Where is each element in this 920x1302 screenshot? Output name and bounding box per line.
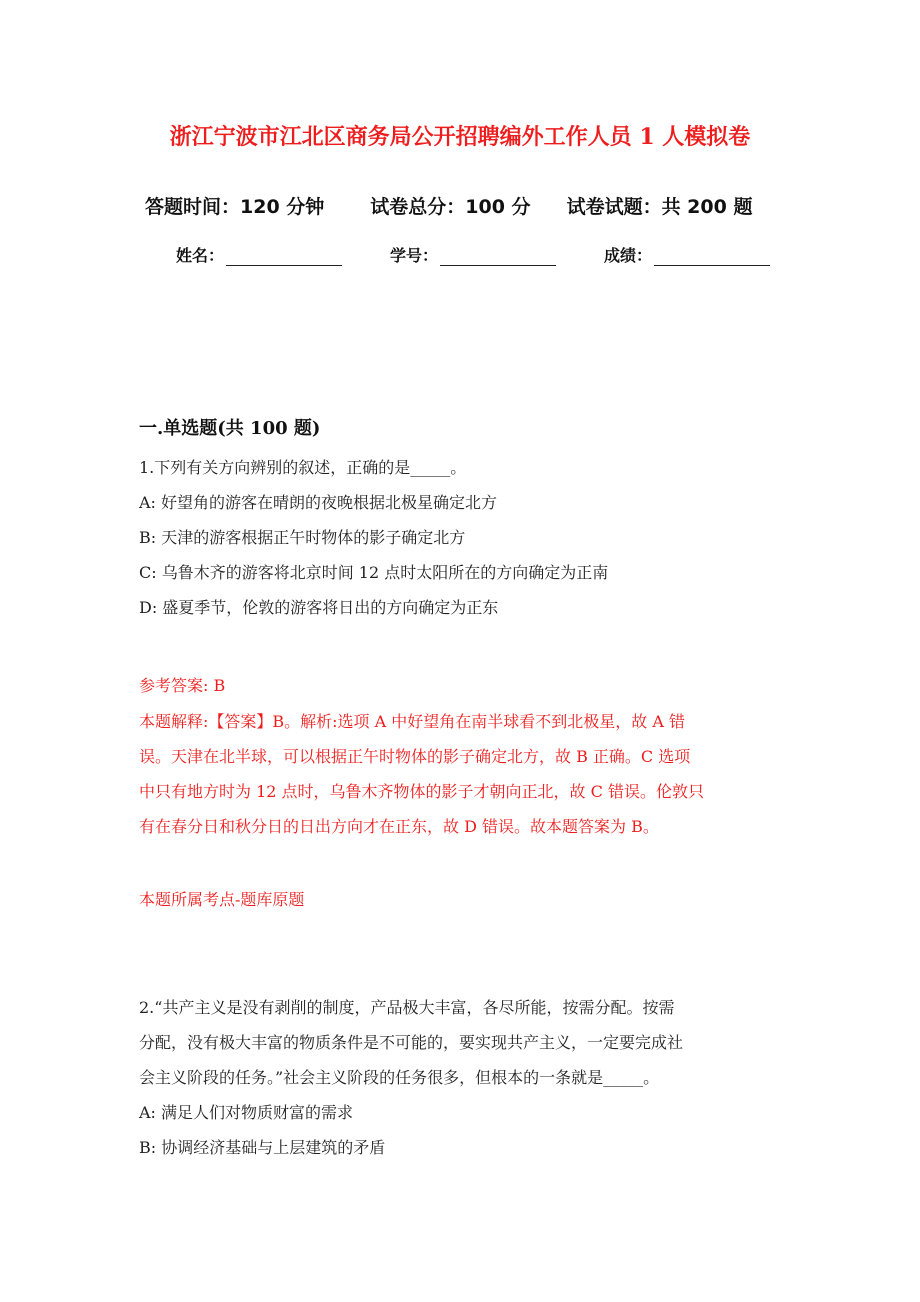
exam-meta: 答题时间：120 分钟 试卷总分：100 分 试卷试题：共 200 题 [145,192,785,219]
student-info: 姓名： 学号： 成绩： [176,243,796,266]
explanation-1: 本题解释:【答案】B。解析:选项 A 中好望角在南半球看不到北极星，故 A 错 … [139,704,789,844]
question-stem: 会主义阶段的任务。”社会主义阶段的任务很多，但根本的一条就是_____。 [139,1060,789,1095]
question-2: 2.“共产主义是没有剥削的制度，产品极大丰富，各尽所能，按需分配。按需 分配，没… [139,990,789,1165]
id-label: 学号： [390,243,438,266]
score-blank [654,249,770,266]
option-c: C: 乌鲁木齐的游客将北京时间 12 点时太阳所在的方向确定为正南 [139,555,789,590]
score-field: 成绩： [604,243,770,266]
option-a: A: 满足人们对物质财富的需求 [139,1095,789,1130]
question-1: 1.下列有关方向辨别的叙述，正确的是_____。 A: 好望角的游客在晴朗的夜晚… [139,450,789,625]
answer-1: 参考答案: B [139,668,789,703]
exam-time: 答题时间：120 分钟 [145,192,324,219]
option-d: D: 盛夏季节，伦敦的游客将日出的方向确定为正东 [139,590,789,625]
explanation-line: 中只有地方时为 12 点时，乌鲁木齐物体的影子才朝向正北，故 C 错误。伦敦只 [139,774,789,809]
section-heading: 一.单选题(共 100 题) [139,414,320,440]
id-field: 学号： [390,243,556,266]
score-label: 成绩： [604,243,652,266]
knowledge-point: 本题所属考点-题库原题 [139,882,789,917]
name-label: 姓名： [176,243,224,266]
option-b: B: 天津的游客根据正午时物体的影子确定北方 [139,520,789,555]
name-blank [226,249,342,266]
explanation-line: 有在春分日和秋分日的日出方向才在正东，故 D 错误。故本题答案为 B。 [139,809,789,844]
exam-title: 浙江宁波市江北区商务局公开招聘编外工作人员 1 人模拟卷 [0,120,920,151]
option-b: B: 协调经济基础与上层建筑的矛盾 [139,1130,789,1165]
reference-answer: 参考答案: B [139,668,789,703]
question-stem: 分配，没有极大丰富的物质条件是不可能的，要实现共产主义，一定要完成社 [139,1025,789,1060]
option-a: A: 好望角的游客在晴朗的夜晚根据北极星确定北方 [139,485,789,520]
name-field: 姓名： [176,243,342,266]
explanation-line: 误。天津在北半球，可以根据正午时物体的影子确定北方，故 B 正确。C 选项 [139,739,789,774]
knowledge-point-1: 本题所属考点-题库原题 [139,882,789,917]
exam-page: 浙江宁波市江北区商务局公开招聘编外工作人员 1 人模拟卷 答题时间：120 分钟… [0,0,920,1302]
question-stem: 1.下列有关方向辨别的叙述，正确的是_____。 [139,450,789,485]
exam-question-count: 试卷试题：共 200 题 [567,192,753,219]
exam-total-score: 试卷总分：100 分 [370,192,530,219]
explanation-line: 本题解释:【答案】B。解析:选项 A 中好望角在南半球看不到北极星，故 A 错 [139,704,789,739]
id-blank [440,249,556,266]
question-stem: 2.“共产主义是没有剥削的制度，产品极大丰富，各尽所能，按需分配。按需 [139,990,789,1025]
